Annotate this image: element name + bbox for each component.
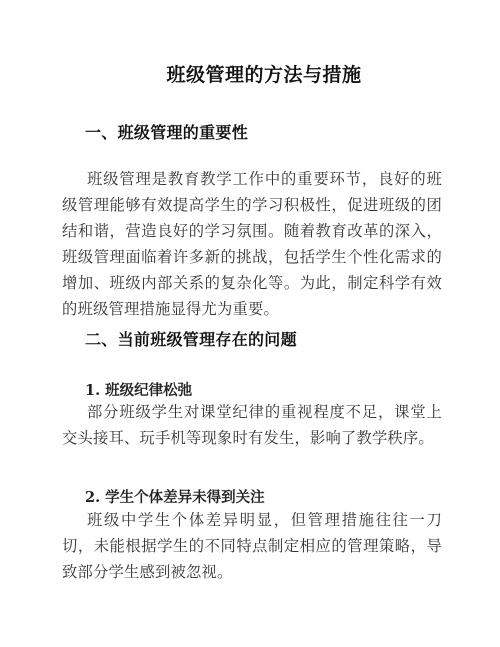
document-page: 班级管理的方法与措施 一、班级管理的重要性 班级管理是教育教学工作中的重要环节，…: [0, 0, 500, 647]
subsection-heading-individual-differences: 2. 学生个体差异未得到关注: [85, 486, 265, 507]
document-title: 班级管理的方法与措施: [0, 60, 500, 87]
subsection-paragraph-discipline: 部分班级学生对课堂纪律的重视程度不足，课堂上交头接耳、玩手机等现象时有发生，影响…: [62, 399, 442, 451]
subsection-paragraph-individual-differences: 班级中学生个体差异明显，但管理措施往往一刀切，未能根据学生的不同特点制定相应的管…: [62, 507, 442, 585]
section-heading-problems: 二、当前班级管理存在的问题: [85, 327, 297, 350]
section-paragraph-importance: 班级管理是教育教学工作中的重要环节，良好的班级管理能够有效提高学生的学习积极性，…: [62, 166, 442, 322]
subsection-heading-discipline: 1. 班级纪律松弛: [85, 379, 192, 400]
section-heading-importance: 一、班级管理的重要性: [85, 120, 248, 143]
